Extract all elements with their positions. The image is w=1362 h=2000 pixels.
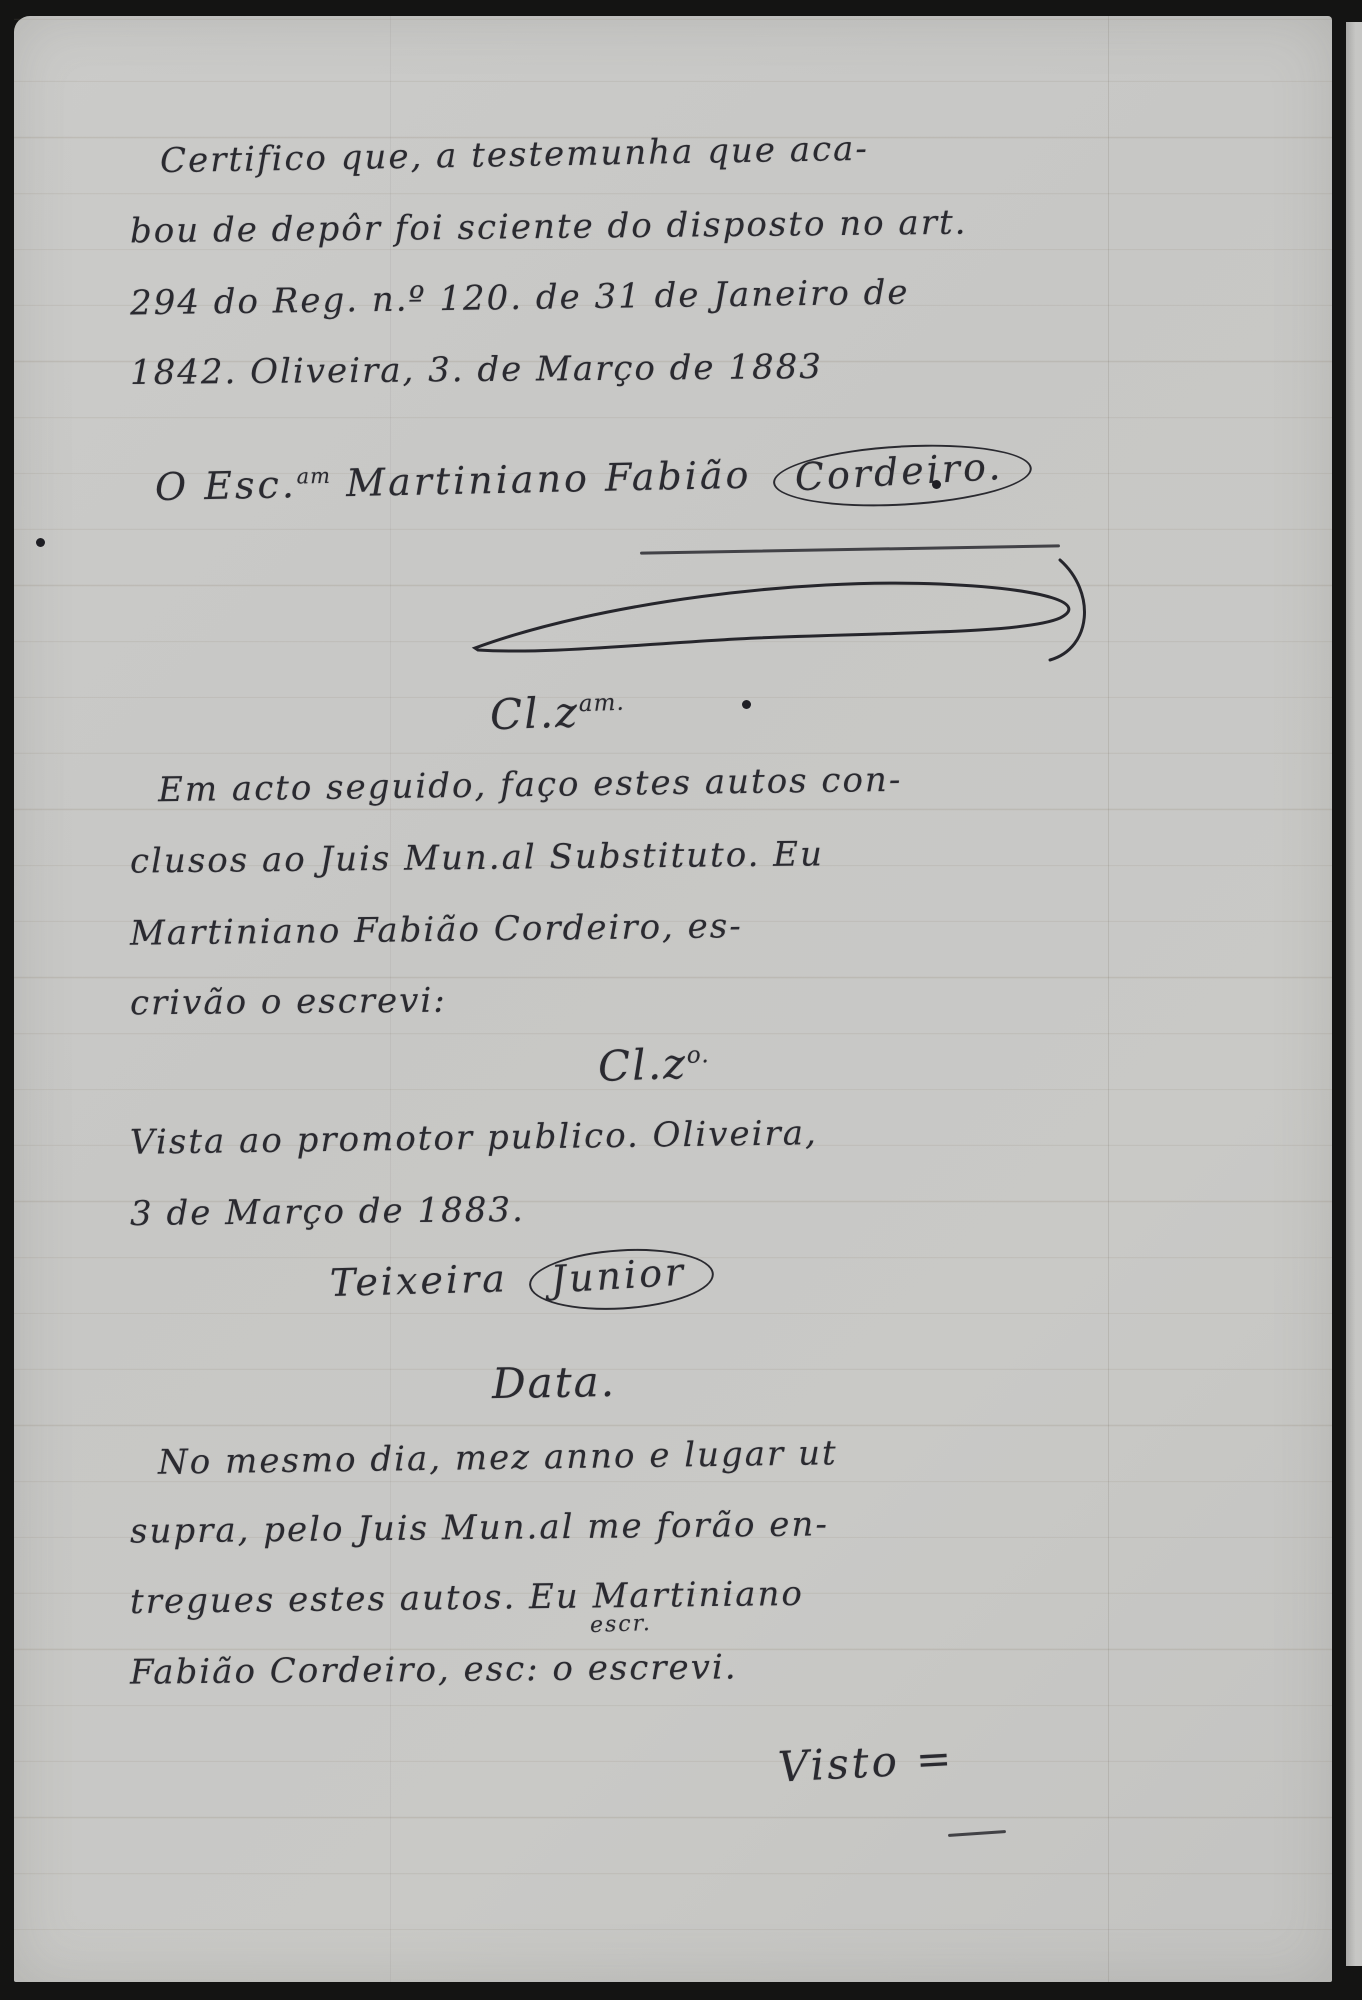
data-line-2: supra, pelo Juis Mun.al me forão en- [130,1504,829,1551]
conclusion-heading-sup: am. [578,690,625,718]
prosecutor-signature-name: Teixeira [329,1256,508,1305]
order-heading: Cl.zo. [597,1038,711,1091]
conclusion-heading-base: Cl.z [489,687,580,739]
conclusion-line-4: crivão o escrevi: [130,981,447,1024]
data-heading: Data. [492,1357,617,1408]
prosecutor-signature: Teixeira Junior [329,1247,715,1317]
ink-dot [932,480,941,489]
conclusion-line-3: Martiniano Fabião Cordeiro, es- [130,906,743,953]
data-line-3: tregues estes autos. Eu Martiniano [130,1574,804,1622]
clerk-signature-circled-surname: Cordeiro. [771,438,1032,512]
interlinear-insert: escr. [590,1611,653,1638]
paper-crease [1108,16,1109,1982]
certificate-line-4: 1842. Oliveira, 3. de Março de 1883 [130,347,823,393]
order-heading-sup: o. [686,1042,710,1069]
order-heading-base: Cl.z [597,1039,688,1091]
order-line-2: 3 de Março de 1883. [130,1190,525,1234]
ink-dot [36,538,45,547]
prosecutor-signature-circled-surname: Junior [527,1244,716,1315]
clerk-signature-superscript: am [296,464,331,489]
signature-flourish [420,540,1120,680]
conclusion-line-2: clusos ao Juis Mun.al Substituto. Eu [130,834,824,881]
data-line-4: Fabião Cordeiro, esc: o escrevi. [130,1647,738,1692]
ink-dot [742,700,751,709]
clerk-signature-prefix: O Esc. [155,462,298,509]
clerk-signature-name: Martiniano Fabião [331,453,752,506]
conclusion-heading: Cl.zam. [489,686,626,740]
next-page-edge [1346,22,1362,1966]
catchword-visto: Visto = [777,1733,956,1791]
